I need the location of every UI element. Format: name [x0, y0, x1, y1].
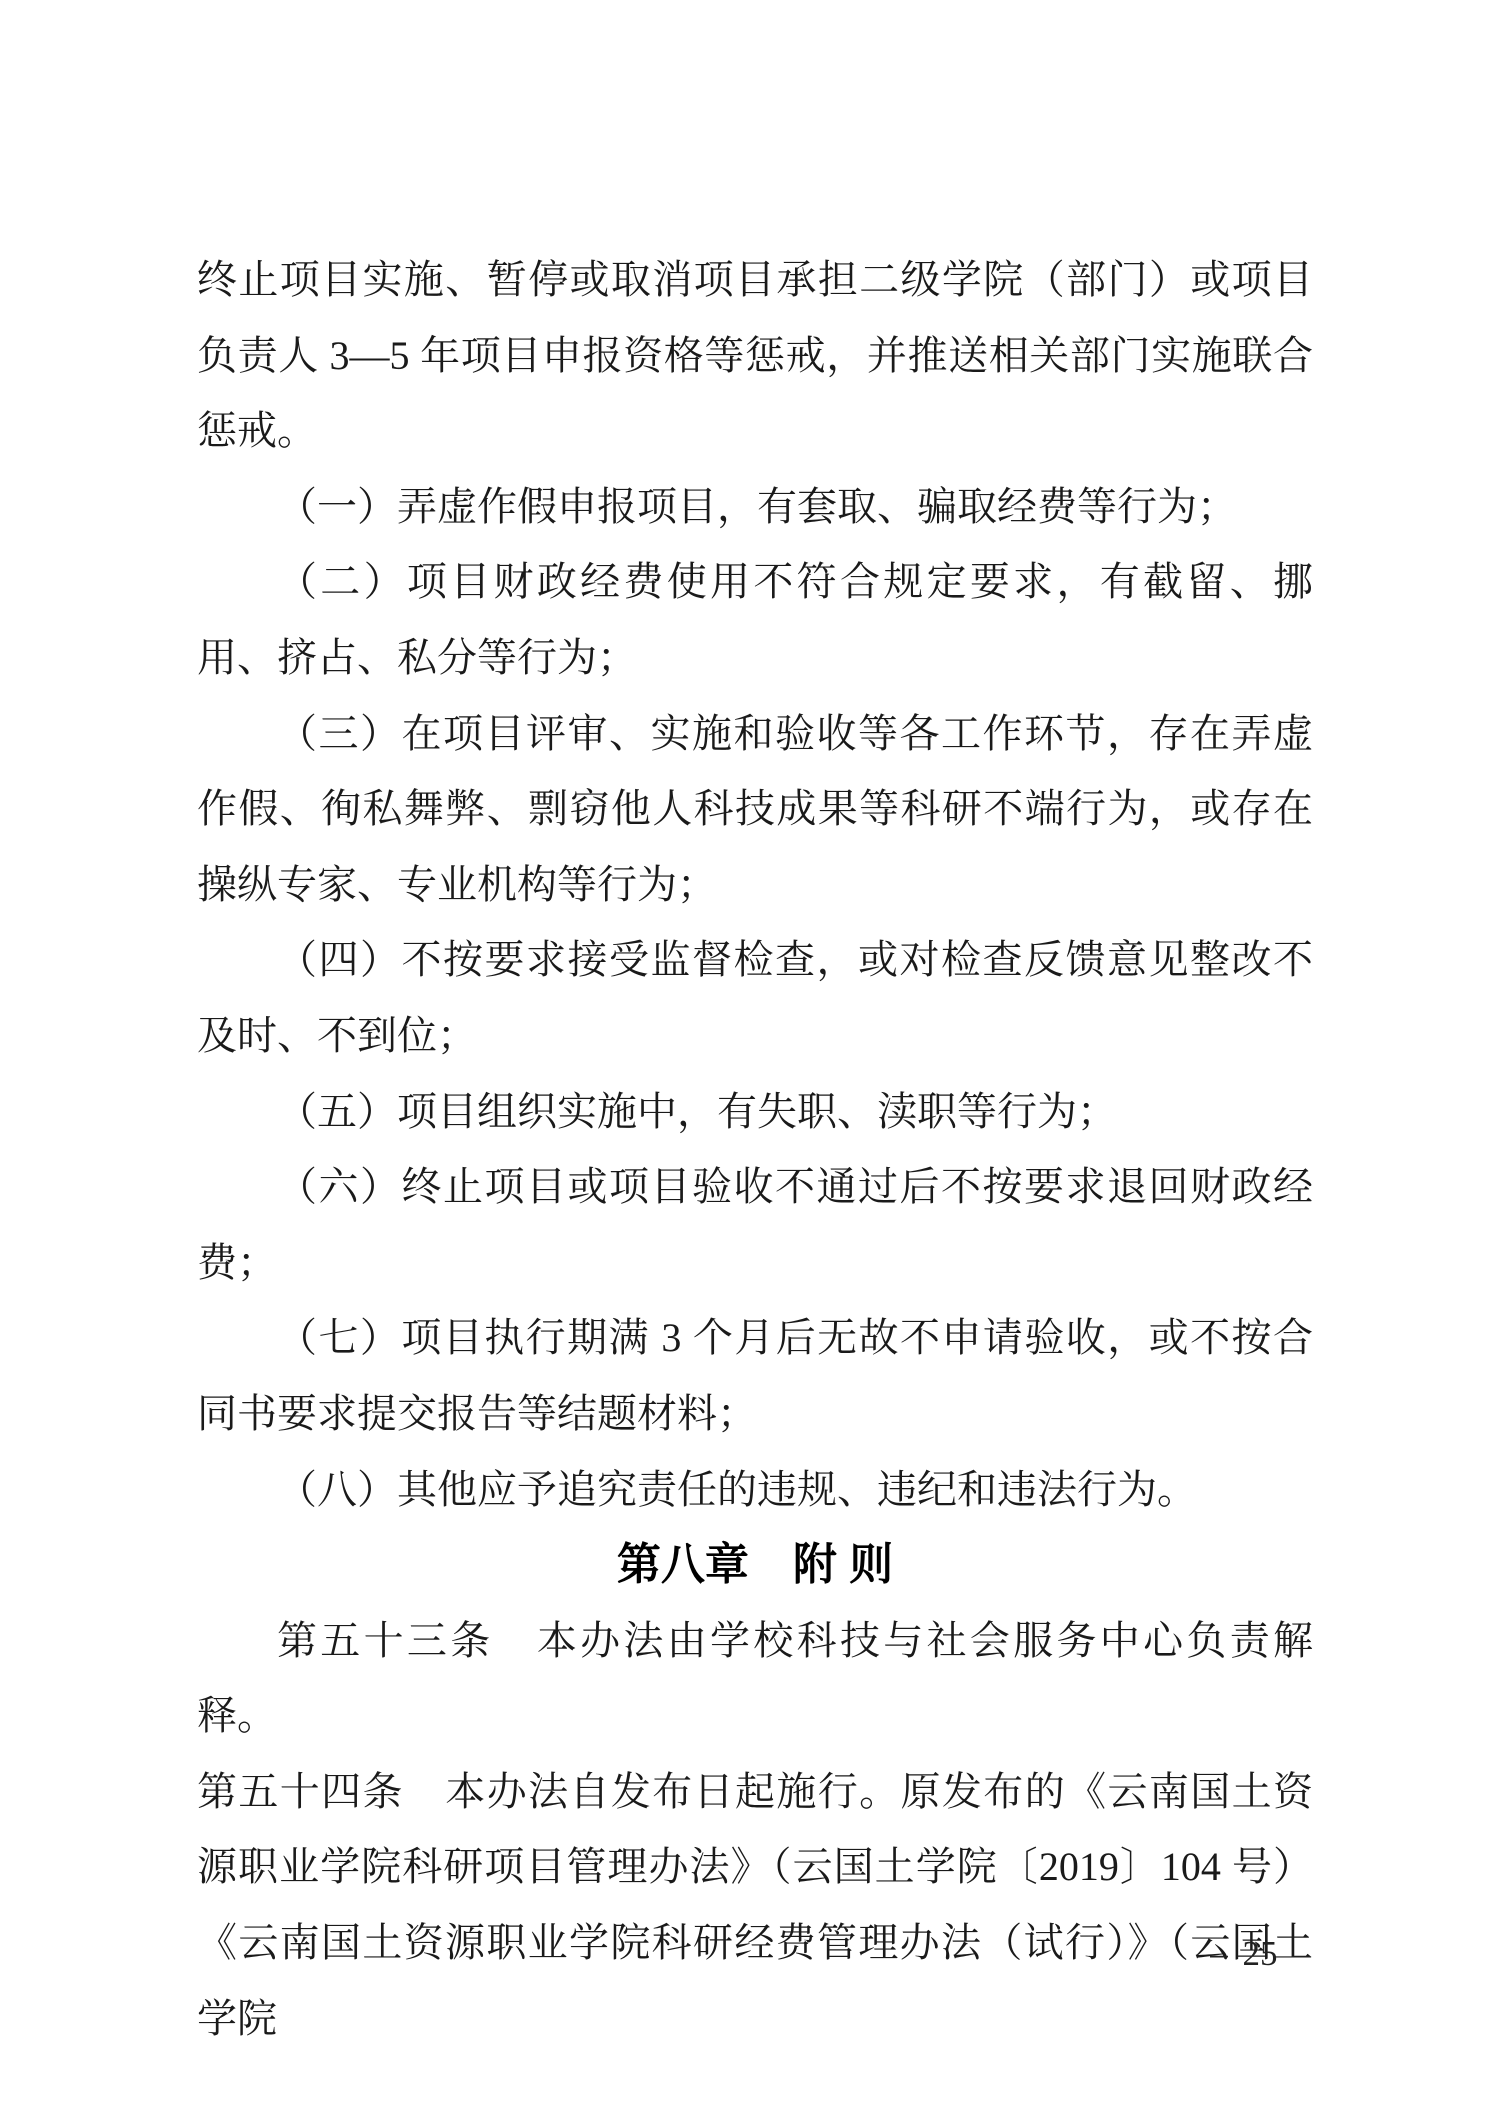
list-item-4: （四）不按要求接受监督检查，或对检查反馈意见整改不及时、不到位； [197, 922, 1313, 1073]
document-page: 终止项目实施、暂停或取消项目承担二级学院（部门）或项目负责人 3—5 年项目申报… [0, 0, 1500, 2121]
list-item-8: （八）其他应予追究责任的违规、违纪和违法行为。 [197, 1452, 1313, 1528]
page-number: – 25 – [1150, 1934, 1370, 1974]
chapter-heading: 第八章 附 则 [197, 1527, 1313, 1603]
paragraph-continuation: 终止项目实施、暂停或取消项目承担二级学院（部门）或项目负责人 3—5 年项目申报… [197, 242, 1313, 469]
article-54: 第五十四条 本办法自发布日起施行。原发布的《云南国土资源职业学院科研项目管理办法… [197, 1754, 1313, 2056]
article-53: 第五十三条 本办法由学校科技与社会服务中心负责解释。 [197, 1603, 1313, 1754]
list-item-1: （一）弄虚作假申报项目，有套取、骗取经费等行为； [197, 469, 1313, 545]
list-item-6: （六）终止项目或项目验收不通过后不按要求退回财政经费； [197, 1149, 1313, 1300]
list-item-2: （二）项目财政经费使用不符合规定要求，有截留、挪用、挤占、私分等行为； [197, 544, 1313, 695]
document-body: 终止项目实施、暂停或取消项目承担二级学院（部门）或项目负责人 3—5 年项目申报… [197, 242, 1313, 2056]
list-item-3: （三）在项目评审、实施和验收等各工作环节，存在弄虚作假、徇私舞弊、剽窃他人科技成… [197, 696, 1313, 923]
list-item-7: （七）项目执行期满 3 个月后无故不申请验收，或不按合同书要求提交报告等结题材料… [197, 1300, 1313, 1451]
list-item-5: （五）项目组织实施中，有失职、渎职等行为； [197, 1074, 1313, 1150]
